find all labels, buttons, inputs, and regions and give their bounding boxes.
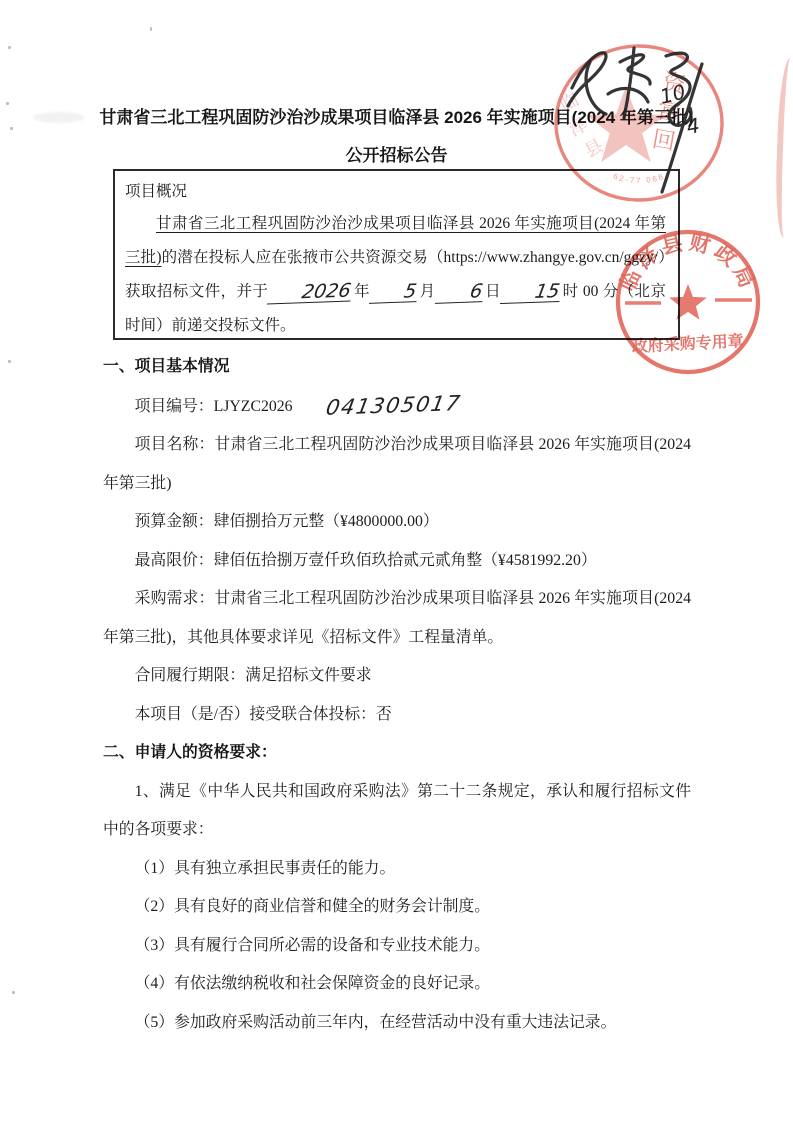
day-unit: 日 [485,283,501,300]
handwritten-month: 5 [369,281,420,304]
scan-speck [6,102,9,105]
scan-speck [8,46,11,49]
scan-speck [12,991,15,994]
section1-heading: 一、项目基本情况 [103,348,691,387]
scan-speck [10,127,13,130]
document-body: 一、项目基本情况 项目编号：LJYZC2026041305017 项目名称：甘肃… [103,348,691,1042]
finance-seal-bottom-text: 政府采购专用章 [631,331,744,356]
finance-seal-star-icon [669,284,707,320]
handwritten-day: 6 [435,281,486,304]
contract-term-line: 合同履行期限：满足招标文件要求 [103,657,691,696]
finance-seal-ring-text: 临泽县财政局 [615,230,760,295]
project-name-line: 项目名称：甘肃省三北工程巩固防沙治沙成果项目临泽县 2026 年实施项目(202… [103,426,691,503]
qualification-item-4: （4）有依法缴纳税收和社会保障资金的良好记录。 [103,965,691,1004]
section2-heading: 二、申请人的资格要求： [103,734,691,773]
finance-bureau-seal: 临泽县财政局 政府采购专用章 [611,224,767,382]
handwritten-hour: 15 [500,281,563,304]
project-number-line: 项目编号：LJYZC2026041305017 [103,387,691,427]
max-price-line: 最高限价：肆佰伍拾捌万壹仟玖佰玖拾贰元贰角整（¥4581992.20） [103,542,691,581]
month-unit: 月 [419,283,435,300]
red-ink-streak [774,58,793,239]
scan-speck [150,27,152,31]
qualification-item-2: （2）具有良好的商业信誉和健全的财务会计制度。 [103,888,691,927]
project-number-label: 项目编号： [135,398,214,415]
project-number-handwritten: 041305017 [291,384,464,428]
project-number-printed: LJYZC2026 [214,398,293,415]
scan-speck [8,360,11,363]
qualification-intro: 1、满足《中华人民共和国政府采购法》第二十二条规定，承认和履行招标文件中的各项要… [103,773,691,850]
qualification-item-1: （1）具有独立承担民事责任的能力。 [103,850,691,889]
scan-smudge [33,112,85,123]
svg-text:临泽县财政局: 临泽县财政局 [615,230,760,295]
budget-line: 预算金额：肆佰捌拾万元整（¥4800000.00） [103,503,691,542]
qualification-item-3: （3）具有履行合同所必需的设备和专业技术能力。 [103,927,691,966]
handwritten-date-top: 10 [657,79,688,108]
handwritten-signature: 10 4 [550,22,725,207]
qualification-item-5: （5）参加政府采购活动前三年内，在经营活动中没有重大违法记录。 [103,1004,691,1043]
handwritten-year: 2026 [267,281,355,305]
consortium-line: 本项目（是/否）接受联合体投标：否 [103,696,691,735]
overview-paragraph: 甘肃省三北工程巩固防沙治沙成果项目临泽县 2026 年实施项目(2024 年第三… [125,207,666,343]
handwritten-date-bottom: 4 [685,113,702,139]
year-unit: 年 [354,283,370,300]
procurement-requirement-line: 采购需求：甘肃省三北工程巩固防沙治沙成果项目临泽县 2026 年实施项目(202… [103,580,691,657]
